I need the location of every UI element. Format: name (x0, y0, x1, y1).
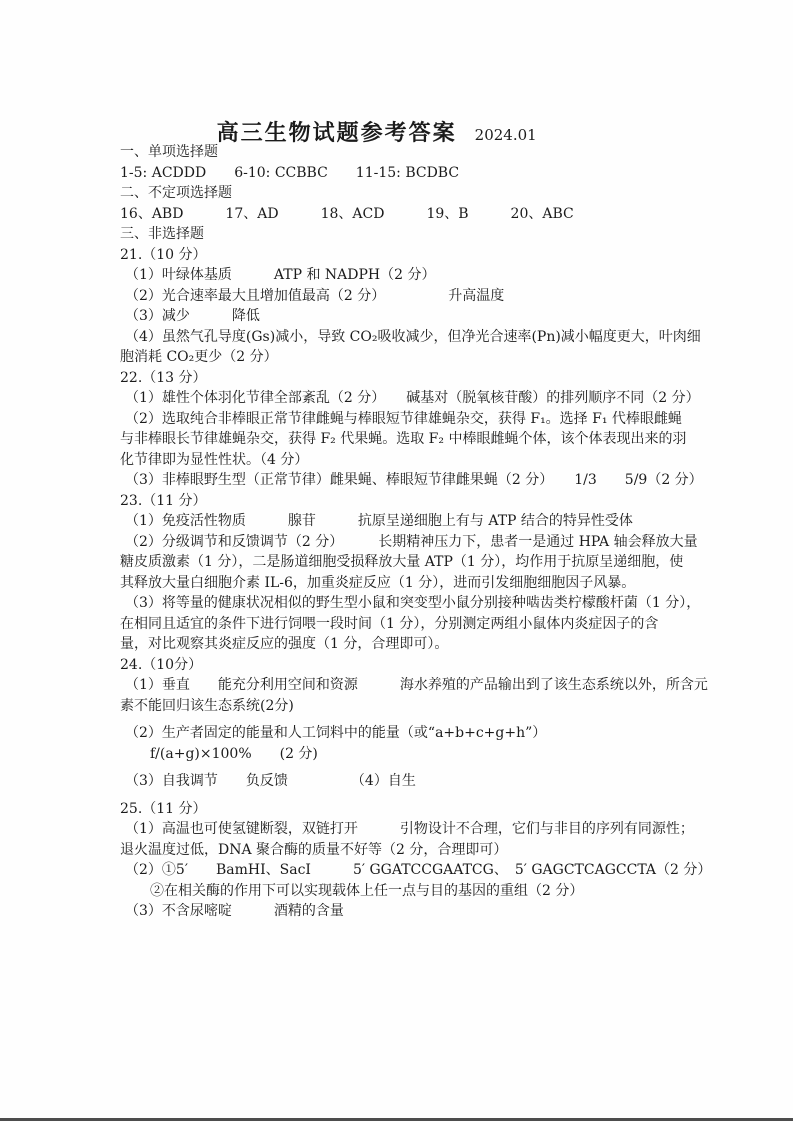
text-line: （3）非棒眼野生型（正常节律）雌果蝇、棒眼短节律雌果蝇（2 分） 1/3 5/9… (120, 470, 700, 491)
text-line: 胞消耗 CO₂更少（2 分） (120, 347, 700, 368)
text-line: （2）生产者固定的能量和人工饲料中的能量（或“a+b+c+g+h”） (120, 723, 700, 744)
text-line: （1）雄性个体羽化节律全部紊乱（2 分） 碱基对（脱氧核苷酸）的排列顺序不同（2… (120, 388, 700, 409)
text-line: （3）减少 降低 (120, 306, 700, 327)
text-line: 二、不定项选择题 (120, 183, 700, 204)
text-line: （3）不含尿嘧啶 酒精的含量 (120, 901, 700, 922)
text-line: （1）垂直 能充分利用空间和资源 海水养殖的产品输出到了该生态系统以外，所含元 (120, 675, 700, 696)
text-line: 与非棒眼长节律雄蝇杂交，获得 F₂ 代果蝇。选取 F₂ 中棒眼雌蝇个体，该个体表… (120, 429, 700, 450)
text-line: 16、ABD 17、AD 18、ACD 19、B 20、ABC (120, 204, 700, 225)
text-line: （3）自我调节 负反馈 （4）自生 (120, 771, 700, 792)
page-bottom-edge-line (0, 1118, 793, 1121)
text-line: f/(a+g)×100% (2 分) (120, 744, 700, 765)
text-line: （1）叶绿体基质 ATP 和 NADPH（2 分） (120, 265, 700, 286)
text-line: （2）分级调节和反馈调节（2 分） 长期精神压力下，患者一是通过 HPA 轴会释… (120, 532, 700, 553)
text-line: 素不能回归该生态系统(2分) (120, 696, 700, 717)
text-line: 退火温度过低，DNA 聚合酶的质量不好等（2 分，合理即可） (120, 840, 700, 861)
text-line: （2）选取纯合非棒眼正常节律雌蝇与棒眼短节律雄蝇杂交，获得 F₁。选择 F₁ 代… (120, 409, 700, 430)
text-line: 1-5: ACDDD 6-10: CCBBC 11-15: BCDBC (120, 163, 700, 184)
text-line: 其释放大量白细胞介素 IL-6，加重炎症反应（1 分），进而引发细胞细胞因子风暴… (120, 573, 700, 594)
text-line: 三、非选择题 (120, 224, 700, 245)
text-line: （1）高温也可使氢键断裂，双链打开 引物设计不合理，它们与非目的序列有同源性； (120, 819, 700, 840)
text-line: 22.（13 分） (120, 368, 700, 389)
text-line: 量，对比观察其炎症反应的强度（1 分，合理即可）。 (120, 634, 700, 655)
text-line: （3）将等量的健康状况相似的野生型小鼠和突变型小鼠分别接种啮齿类柠檬酸杆菌（1 … (120, 593, 700, 614)
text-line: 23.（11 分） (120, 491, 700, 512)
text-line: 糖皮质激素（1 分），二是肠道细胞受损释放大量 ATP（1 分），均作用于抗原呈… (120, 552, 700, 573)
document-page: 高三生物试题参考答案2024.01 一、单项选择题1-5: ACDDD 6-10… (0, 0, 793, 1122)
text-line: ②在相关酶的作用下可以实现载体上任一点与目的基因的重组（2 分） (120, 881, 700, 902)
text-line: 化节律即为显性性状。（4 分） (120, 450, 700, 471)
text-line: （4）虽然气孔导度(Gs)减小，导致 CO₂吸收减少，但净光合速率(Pn)减小幅… (120, 327, 700, 348)
text-line: 24.（10分） (120, 655, 700, 676)
text-line: 一、单项选择题 (120, 142, 700, 163)
text-line: （2）光合速率最大且增加值最高（2 分） 升高温度 (120, 286, 700, 307)
text-line: （2）①5′ BamHI、SacI 5′ GGATCCGAATCG、 5′ GA… (120, 860, 700, 881)
document-body: 一、单项选择题1-5: ACDDD 6-10: CCBBC 11-15: BCD… (120, 142, 700, 922)
text-line: 25.（11 分） (120, 799, 700, 820)
text-line: （1）免疫活性物质 腺苷 抗原呈递细胞上有与 ATP 结合的特异性受体 (120, 511, 700, 532)
text-line: 在相同且适宜的条件下进行饲喂一段时间（1 分），分别测定两组小鼠体内炎症因子的含 (120, 614, 700, 635)
text-line: 21.（10 分） (120, 245, 700, 266)
